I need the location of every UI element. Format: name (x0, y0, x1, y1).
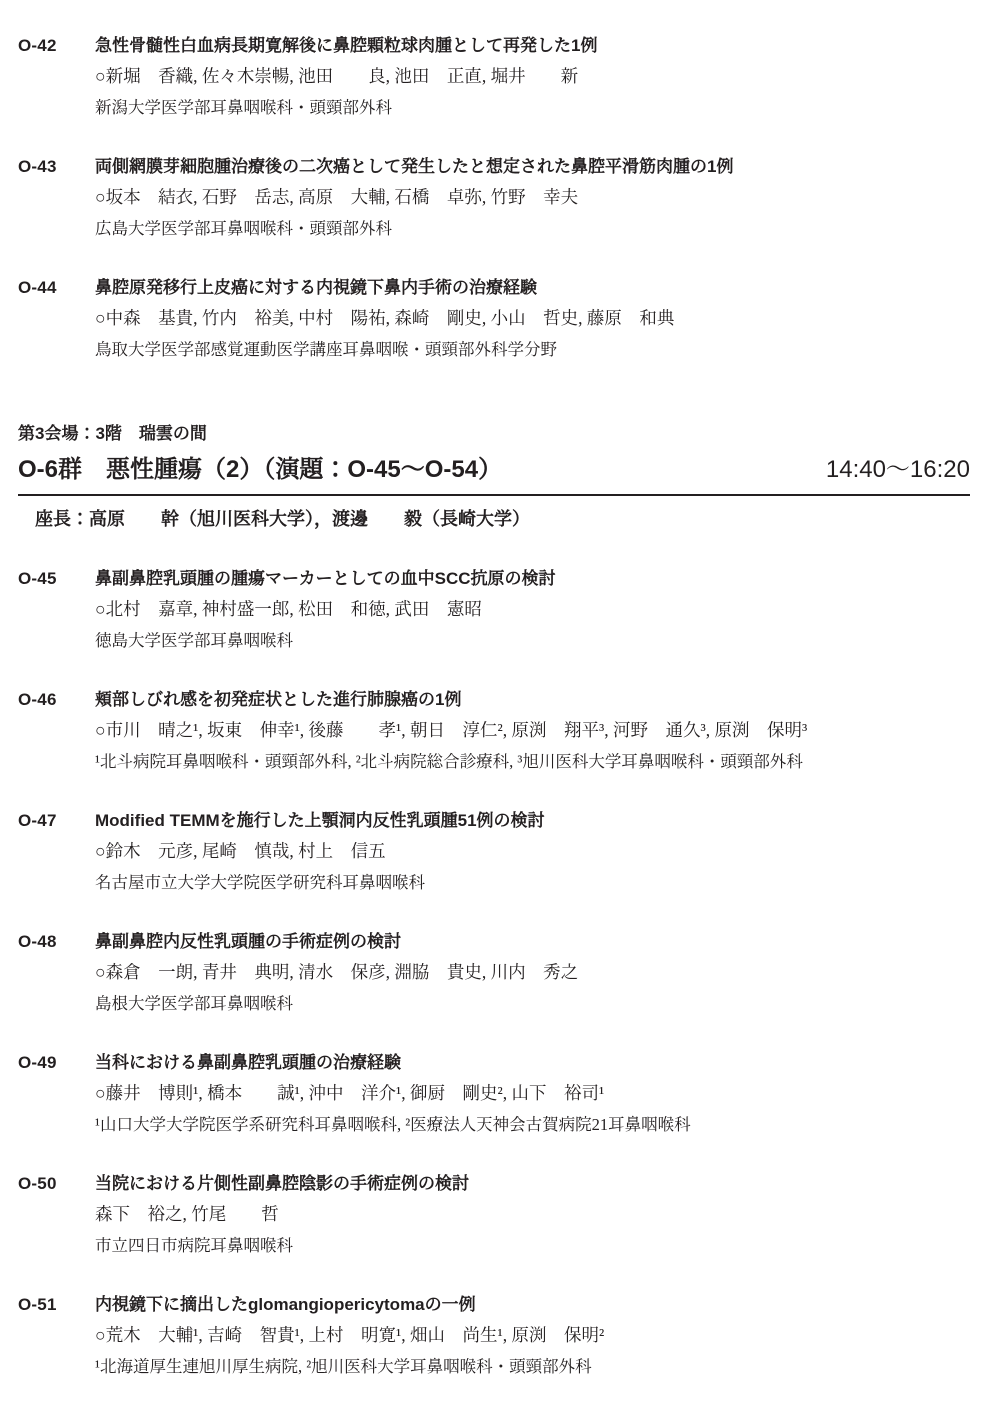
entry-title: 鼻副鼻腔内反性乳頭腫の手術症例の検討 (95, 926, 970, 957)
entry-title: 内視鏡下に摘出したglomangiopericytomaの一例 (95, 1289, 970, 1320)
entry-authors: ○新堀 香織, 佐々木崇暢, 池田 良, 池田 正直, 堀井 新 (95, 61, 970, 92)
entry-id: O-45 (18, 563, 95, 656)
entry-body: 内視鏡下に摘出したglomangiopericytomaの一例 ○荒木 大輔¹,… (95, 1289, 970, 1382)
session-titlebar: O-6群 悪性腫瘍（2）（演題：O-45～O-54） 14:40～16:20 (18, 453, 970, 487)
presentation-entry: O-46 頬部しびれ感を初発症状とした進行肺腺癌の1例 ○市川 晴之¹, 坂東 … (18, 684, 970, 777)
entry-affiliation: 徳島大学医学部耳鼻咽喉科 (95, 625, 970, 656)
presentation-entry: O-51 内視鏡下に摘出したglomangiopericytomaの一例 ○荒木… (18, 1289, 970, 1382)
entry-title: 鼻腔原発移行上皮癌に対する内視鏡下鼻内手術の治療経験 (95, 272, 970, 303)
entry-authors: ○坂本 結衣, 石野 岳志, 高原 大輔, 石橋 卓弥, 竹野 幸夫 (95, 182, 970, 213)
entry-affiliation: 名古屋市立大学大学院医学研究科耳鼻咽喉科 (95, 867, 970, 898)
entry-body: 鼻腔原発移行上皮癌に対する内視鏡下鼻内手術の治療経験 ○中森 基貴, 竹内 裕美… (95, 272, 970, 365)
entry-id: O-47 (18, 805, 95, 898)
entry-body: 両側網膜芽細胞腫治療後の二次癌として発生したと想定された鼻腔平滑筋肉腫の1例 ○… (95, 151, 970, 244)
entry-affiliation: 新潟大学医学部耳鼻咽喉科・頭頸部外科 (95, 92, 970, 123)
entry-id: O-46 (18, 684, 95, 777)
entry-body: 当院における片側性副鼻腔陰影の手術症例の検討 森下 裕之, 竹尾 哲 市立四日市… (95, 1168, 970, 1261)
entry-affiliation: 島根大学医学部耳鼻咽喉科 (95, 988, 970, 1019)
entry-body: 当科における鼻副鼻腔乳頭腫の治療経験 ○藤井 博則¹, 橋本 誠¹, 沖中 洋介… (95, 1047, 970, 1140)
entry-authors: 森下 裕之, 竹尾 哲 (95, 1199, 970, 1230)
presentation-entry: O-47 Modified TEMMを施行した上顎洞内反性乳頭腫51例の検討 ○… (18, 805, 970, 898)
entry-authors: ○北村 嘉章, 神村盛一郎, 松田 和徳, 武田 憲昭 (95, 594, 970, 625)
entry-body: Modified TEMMを施行した上顎洞内反性乳頭腫51例の検討 ○鈴木 元彦… (95, 805, 970, 898)
entry-id: O-42 (18, 30, 95, 123)
session-time: 14:40～16:20 (826, 453, 970, 487)
session-divider (18, 494, 970, 496)
entry-affiliation: 鳥取大学医学部感覚運動医学講座耳鼻咽喉・頭頸部外科学分野 (95, 334, 970, 365)
entry-id: O-49 (18, 1047, 95, 1140)
presentation-entry: O-45 鼻副鼻腔乳頭腫の腫瘍マーカーとしての血中SCC抗原の検討 ○北村 嘉章… (18, 563, 970, 656)
entry-authors: ○森倉 一朗, 青井 典明, 清水 保彦, 淵脇 貴史, 川内 秀之 (95, 957, 970, 988)
presentation-entry: O-44 鼻腔原発移行上皮癌に対する内視鏡下鼻内手術の治療経験 ○中森 基貴, … (18, 272, 970, 365)
entry-affiliation: 広島大学医学部耳鼻咽喉科・頭頸部外科 (95, 213, 970, 244)
entry-title: 当科における鼻副鼻腔乳頭腫の治療経験 (95, 1047, 970, 1078)
program-page: O-42 急性骨髄性白血病長期寛解後に鼻腔顆粒球肉腫として再発した1例 ○新堀 … (0, 0, 986, 1410)
entry-body: 頬部しびれ感を初発症状とした進行肺腺癌の1例 ○市川 晴之¹, 坂東 伸幸¹, … (95, 684, 970, 777)
entry-body: 鼻副鼻腔乳頭腫の腫瘍マーカーとしての血中SCC抗原の検討 ○北村 嘉章, 神村盛… (95, 563, 970, 656)
entry-title: Modified TEMMを施行した上顎洞内反性乳頭腫51例の検討 (95, 805, 970, 836)
entries-section-top: O-42 急性骨髄性白血病長期寛解後に鼻腔顆粒球肉腫として再発した1例 ○新堀 … (18, 30, 970, 365)
entry-id: O-43 (18, 151, 95, 244)
session-chairs: 座長：高原 幹（旭川医科大学），渡邊 毅（長崎大学） (18, 505, 970, 533)
entry-authors: ○荒木 大輔¹, 吉崎 智貴¹, 上村 明寛¹, 畑山 尚生¹, 原渕 保明² (95, 1320, 970, 1351)
entry-id: O-50 (18, 1168, 95, 1261)
entry-id: O-48 (18, 926, 95, 1019)
entry-authors: ○藤井 博則¹, 橋本 誠¹, 沖中 洋介¹, 御厨 剛史², 山下 裕司¹ (95, 1078, 970, 1109)
session-title: O-6群 悪性腫瘍（2）（演題：O-45～O-54） (18, 453, 502, 487)
presentation-entry: O-50 当院における片側性副鼻腔陰影の手術症例の検討 森下 裕之, 竹尾 哲 … (18, 1168, 970, 1261)
entry-body: 鼻副鼻腔内反性乳頭腫の手術症例の検討 ○森倉 一朗, 青井 典明, 清水 保彦,… (95, 926, 970, 1019)
entry-title: 急性骨髄性白血病長期寛解後に鼻腔顆粒球肉腫として再発した1例 (95, 30, 970, 61)
presentation-entry: O-43 両側網膜芽細胞腫治療後の二次癌として発生したと想定された鼻腔平滑筋肉腫… (18, 151, 970, 244)
entry-authors: ○中森 基貴, 竹内 裕美, 中村 陽祐, 森崎 剛史, 小山 哲史, 藤原 和… (95, 303, 970, 334)
entry-affiliation: ¹山口大学大学院医学系研究科耳鼻咽喉科, ²医療法人天神会古賀病院21耳鼻咽喉科 (95, 1109, 970, 1140)
entries-section-bottom: O-45 鼻副鼻腔乳頭腫の腫瘍マーカーとしての血中SCC抗原の検討 ○北村 嘉章… (18, 563, 970, 1382)
entry-authors: ○鈴木 元彦, 尾崎 慎哉, 村上 信五 (95, 836, 970, 867)
session-header: 第3会場：3階 瑞雲の間 O-6群 悪性腫瘍（2）（演題：O-45～O-54） … (18, 421, 970, 533)
entry-affiliation: ¹北斗病院耳鼻咽喉科・頭頸部外科, ²北斗病院総合診療科, ³旭川医科大学耳鼻咽… (95, 746, 970, 777)
entry-affiliation: ¹北海道厚生連旭川厚生病院, ²旭川医科大学耳鼻咽喉科・頭頸部外科 (95, 1351, 970, 1382)
entry-affiliation: 市立四日市病院耳鼻咽喉科 (95, 1230, 970, 1261)
entry-id: O-51 (18, 1289, 95, 1382)
entry-authors: ○市川 晴之¹, 坂東 伸幸¹, 後藤 孝¹, 朝日 淳仁², 原渕 翔平³, … (95, 715, 970, 746)
presentation-entry: O-48 鼻副鼻腔内反性乳頭腫の手術症例の検討 ○森倉 一朗, 青井 典明, 清… (18, 926, 970, 1019)
entry-title: 当院における片側性副鼻腔陰影の手術症例の検討 (95, 1168, 970, 1199)
presentation-entry: O-42 急性骨髄性白血病長期寛解後に鼻腔顆粒球肉腫として再発した1例 ○新堀 … (18, 30, 970, 123)
presentation-entry: O-49 当科における鼻副鼻腔乳頭腫の治療経験 ○藤井 博則¹, 橋本 誠¹, … (18, 1047, 970, 1140)
entry-body: 急性骨髄性白血病長期寛解後に鼻腔顆粒球肉腫として再発した1例 ○新堀 香織, 佐… (95, 30, 970, 123)
entry-title: 両側網膜芽細胞腫治療後の二次癌として発生したと想定された鼻腔平滑筋肉腫の1例 (95, 151, 970, 182)
entry-title: 鼻副鼻腔乳頭腫の腫瘍マーカーとしての血中SCC抗原の検討 (95, 563, 970, 594)
entry-title: 頬部しびれ感を初発症状とした進行肺腺癌の1例 (95, 684, 970, 715)
entry-id: O-44 (18, 272, 95, 365)
session-venue: 第3会場：3階 瑞雲の間 (18, 421, 970, 447)
